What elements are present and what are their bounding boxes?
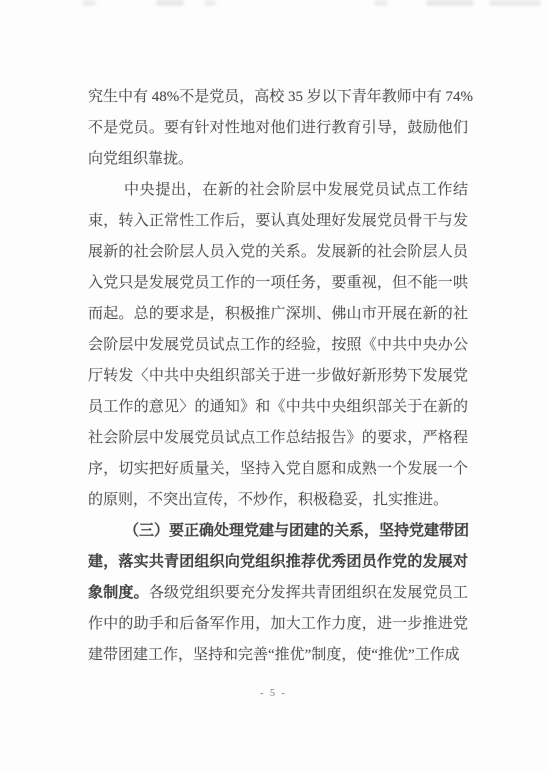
document-text-block: 究生中有 48%不是党员，高校 35 岁以下青年教师中有 74%不是党员。要有针… <box>88 82 468 671</box>
text-line: （三）要正确处理党建与团建的关系，坚持党建带团 <box>88 516 468 547</box>
text-line: 序，切实把好质量关，坚持入党自愿和成熟一个发展一个 <box>88 454 468 485</box>
text-line: 入党只是发展党员工作的一项任务，要重视，但不能一哄 <box>88 268 468 299</box>
text-line: 建，落实共青团组织向党组织推荐优秀团员作党的发展对 <box>88 547 468 578</box>
text-segment: 入党只是发展党员工作的一项任务，要重视，但不能一哄 <box>88 275 468 291</box>
scan-smudge <box>489 0 541 6</box>
text-segment: 厅转发〈中共中央组织部关于进一步做好新形势下发展党 <box>88 368 468 384</box>
bold-text-segment: 象制度。 <box>88 585 149 601</box>
text-segment: 而起。总的要求是，积极推广深圳、佛山市开展在新的社 <box>88 306 468 322</box>
text-segment: 不是党员。要有针对性地对他们进行教育引导，鼓励他们 <box>88 120 468 136</box>
text-line: 象制度。各级党组织要充分发挥共青团组织在发展党员工 <box>88 578 468 609</box>
text-line: 员工作的意见〉的通知》和《中共中央组织部关于在新的 <box>88 392 468 423</box>
text-line: 作中的助手和后备军作用，加大工作力度，进一步推进党 <box>88 609 468 640</box>
text-line: 厅转发〈中共中央组织部关于进一步做好新形势下发展党 <box>88 361 468 392</box>
text-line: 向党组织靠拢。 <box>88 144 468 175</box>
page-number: - 5 - <box>0 688 547 699</box>
text-line: 不是党员。要有针对性地对他们进行教育引导，鼓励他们 <box>88 113 468 144</box>
text-line: 究生中有 48%不是党员，高校 35 岁以下青年教师中有 74% <box>88 82 468 113</box>
document-page: 究生中有 48%不是党员，高校 35 岁以下青年教师中有 74%不是党员。要有针… <box>0 0 547 770</box>
text-line: 中央提出，在新的社会阶层中发展党员试点工作结 <box>88 175 468 206</box>
bold-text-segment: （三）要正确处理党建与团建的关系，坚持党建带团 <box>124 523 469 539</box>
text-segment: 向党组织靠拢。 <box>88 151 193 167</box>
text-segment: 序，切实把好质量关，坚持入党自愿和成熟一个发展一个 <box>88 461 468 477</box>
text-line: 会阶层中发展党员试点工作的经验，按照《中共中央办公 <box>88 330 468 361</box>
text-segment: 建带团建工作，坚持和完善“推优”制度，使“推优”工作成 <box>88 647 460 663</box>
text-line: 建带团建工作，坚持和完善“推优”制度，使“推优”工作成 <box>88 640 468 671</box>
scan-smudge <box>374 0 388 6</box>
text-segment: 作中的助手和后备军作用，加大工作力度，进一步推进党 <box>88 616 468 632</box>
text-line: 社会阶层中发展党员试点工作总结报告》的要求，严格程 <box>88 423 468 454</box>
text-segment: 员工作的意见〉的通知》和《中共中央组织部关于在新的 <box>88 399 468 415</box>
scan-smudge <box>426 0 474 6</box>
text-segment: 中央提出，在新的社会阶层中发展党员试点工作结 <box>124 182 468 198</box>
text-segment: 会阶层中发展党员试点工作的经验，按照《中共中央办公 <box>88 337 468 353</box>
text-segment: 的原则，不突出宣传，不炒作，积极稳妥，扎实推进。 <box>88 492 448 508</box>
text-line: 展新的社会阶层人员入党的关系。发展新的社会阶层人员 <box>88 237 468 268</box>
scan-smudge <box>156 0 184 6</box>
text-segment: 展新的社会阶层人员入党的关系。发展新的社会阶层人员 <box>88 244 468 260</box>
text-line: 的原则，不突出宣传，不炒作，积极稳妥，扎实推进。 <box>88 485 468 516</box>
text-segment: 究生中有 48%不是党员，高校 35 岁以下青年教师中有 74% <box>88 89 473 105</box>
text-segment: 束，转入正常性工作后，要认真处理好发展党员骨干与发 <box>88 213 468 229</box>
bold-text-segment: 建，落实共青团组织向党组织推荐优秀团员作党的发展对 <box>88 554 468 570</box>
scan-smudge <box>204 0 216 6</box>
scan-smudge <box>82 0 96 6</box>
text-line: 束，转入正常性工作后，要认真处理好发展党员骨干与发 <box>88 206 468 237</box>
text-line: 而起。总的要求是，积极推广深圳、佛山市开展在新的社 <box>88 299 468 330</box>
text-segment: 各级党组织要充分发挥共青团组织在发展党员工 <box>149 585 468 601</box>
text-segment: 社会阶层中发展党员试点工作总结报告》的要求，严格程 <box>88 430 468 446</box>
